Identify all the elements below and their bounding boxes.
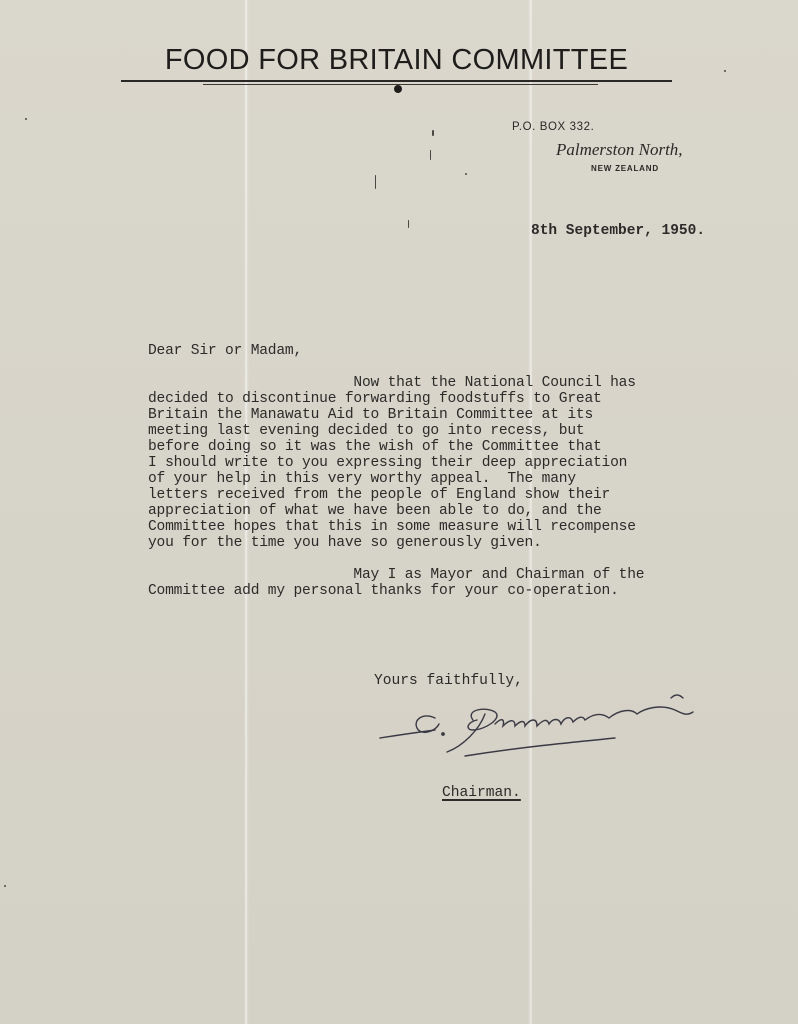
paper-speck — [724, 70, 726, 72]
letter-date: 8th September, 1950. — [531, 223, 705, 239]
paper-speck — [430, 150, 431, 160]
closing: Yours faithfully, — [374, 673, 523, 689]
handwritten-signature-icon — [375, 690, 705, 760]
paper-speck — [408, 220, 409, 228]
signatory-title: Chairman. — [442, 785, 521, 801]
salutation: Dear Sir or Madam, — [148, 343, 302, 359]
letterhead-rule-short — [203, 84, 598, 85]
letterhead-rule — [121, 80, 672, 82]
letterhead-dot-ornament — [394, 85, 402, 93]
paper-speck — [4, 885, 6, 887]
paper-speck — [465, 173, 467, 175]
country: NEW ZEALAND — [591, 164, 659, 173]
paper-speck — [375, 175, 376, 189]
city: Palmerston North, — [556, 140, 683, 160]
po-box: P.O. BOX 332. — [512, 121, 594, 133]
body-paragraph-2: May I as Mayor and Chairman of the Commi… — [148, 567, 644, 599]
paper-speck — [432, 130, 434, 136]
letterhead-title: FOOD FOR BRITAIN COMMITTEE — [121, 44, 672, 77]
body-paragraph-1: Now that the National Council has decide… — [148, 375, 636, 551]
paper-speck — [25, 118, 27, 120]
